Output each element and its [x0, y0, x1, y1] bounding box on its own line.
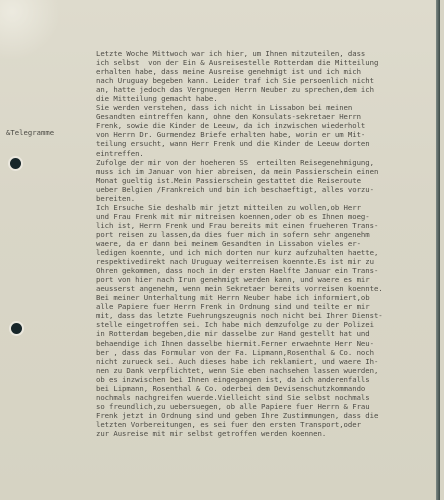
- text-line: bereiten.: [96, 194, 436, 203]
- text-line: letzten Vorbereitungen, es sei fuer den …: [96, 420, 436, 429]
- page-edge-shadow: [436, 0, 440, 500]
- text-line: und Frau Frenk mit mir mitreisen koennen…: [96, 212, 436, 221]
- document-page: &Telegramme Letzte Woche Mittwoch war ic…: [0, 0, 440, 500]
- text-line: Frenk, sowie die Kinder de Leeuw, da ich…: [96, 121, 436, 130]
- punch-hole-bottom: [11, 323, 22, 334]
- text-line: Ich Ersuche Sie deshalb mir jetzt mittei…: [96, 203, 436, 212]
- text-line: in Rotterdam begeben,die mir dasselbe zu…: [96, 329, 436, 338]
- text-line: aeusserst angenehm, wenn mein Sekretaer …: [96, 284, 436, 293]
- text-line: behaendige ich Ihnen dasselbe hiermit.Fe…: [96, 339, 436, 348]
- text-line: Bei meiner Unterhaltung mit Herrn Neuber…: [96, 293, 436, 302]
- text-line: Zufolge der mir von der hoeheren SS erte…: [96, 158, 436, 167]
- text-line: Monat gueltig ist.Mein Passierschein ges…: [96, 176, 436, 185]
- text-line: lich ist, Herrn Frenk und Frau bereits m…: [96, 221, 436, 230]
- text-line: port von hier nach Irun genehmigt werden…: [96, 275, 436, 284]
- text-line: ledigen koennte, und ich mich dorten nur…: [96, 248, 436, 257]
- text-line: erhalten habe, dass meine Ausreise geneh…: [96, 67, 436, 76]
- text-line: ob es inzwischen bei Ihnen eingegangen i…: [96, 375, 436, 384]
- text-line: port reisen zu lassen,da dies fuer mich …: [96, 230, 436, 239]
- margin-note: &Telegramme: [6, 128, 54, 137]
- text-line: ber , dass das Formular von der Fa. Lipm…: [96, 348, 436, 357]
- text-line: an, hatte jedoch das Vergnuegen Herrn Ne…: [96, 85, 436, 94]
- text-line: respektivedirekt nach Uruguay weiterreis…: [96, 257, 436, 266]
- text-line: ich selbst von der Ein & Ausreisestelle …: [96, 58, 436, 67]
- text-line: Frenk jetzt in Ordnung sind und geben Ih…: [96, 411, 436, 420]
- punch-hole-top: [10, 158, 21, 169]
- text-line: nicht zurueck sei. Auch dieses habe ich …: [96, 357, 436, 366]
- text-line: zur Ausreise mit mir selbst getroffen we…: [96, 429, 436, 438]
- text-line: mit, dass das letzte Fuehrungszeugnis no…: [96, 311, 436, 320]
- text-line: alle Papiere fuer Herrn Frenk in Ordnung…: [96, 302, 436, 311]
- text-line: eintreffen.: [96, 149, 436, 158]
- text-line: muss ich im Januar von hier abreisen, da…: [96, 167, 436, 176]
- text-line: bei Lipmann, Rosenthal & Co. oderbei dem…: [96, 384, 436, 393]
- text-line: die Mitteilung gemacht habe.: [96, 94, 436, 103]
- text-line: Ohren gekommen, dass noch in der ersten …: [96, 266, 436, 275]
- text-line: Gesandten eintreffen kann, ohne den Kons…: [96, 112, 436, 121]
- text-line: von Herrn Dr. Gurmendez Briefe erhalten …: [96, 130, 436, 139]
- text-line: waere, da er dann bei meinem Gesandten i…: [96, 239, 436, 248]
- text-line: nen zu Dank verpflichtet, wenn Sie eben …: [96, 366, 436, 375]
- text-line: teilung ersucht, wann Herr Frenk und die…: [96, 139, 436, 148]
- text-line: nach Uruguay begeben kann. Leider traf i…: [96, 76, 436, 85]
- text-line: Letzte Woche Mittwoch war ich hier, um I…: [96, 49, 436, 58]
- text-line: Sie werden verstehen, dass ich nicht in …: [96, 103, 436, 112]
- letter-body: Letzte Woche Mittwoch war ich hier, um I…: [96, 49, 436, 438]
- text-line: ueber Belgien /Frankreich und bin ich be…: [96, 185, 436, 194]
- text-line: so freundlich,zu uebersuegen, ob alle Pa…: [96, 402, 436, 411]
- text-line: stelle eingetroffen sei. Ich habe mich d…: [96, 320, 436, 329]
- text-line: nochmals nachgreifen wuerde.Vielleicht s…: [96, 393, 436, 402]
